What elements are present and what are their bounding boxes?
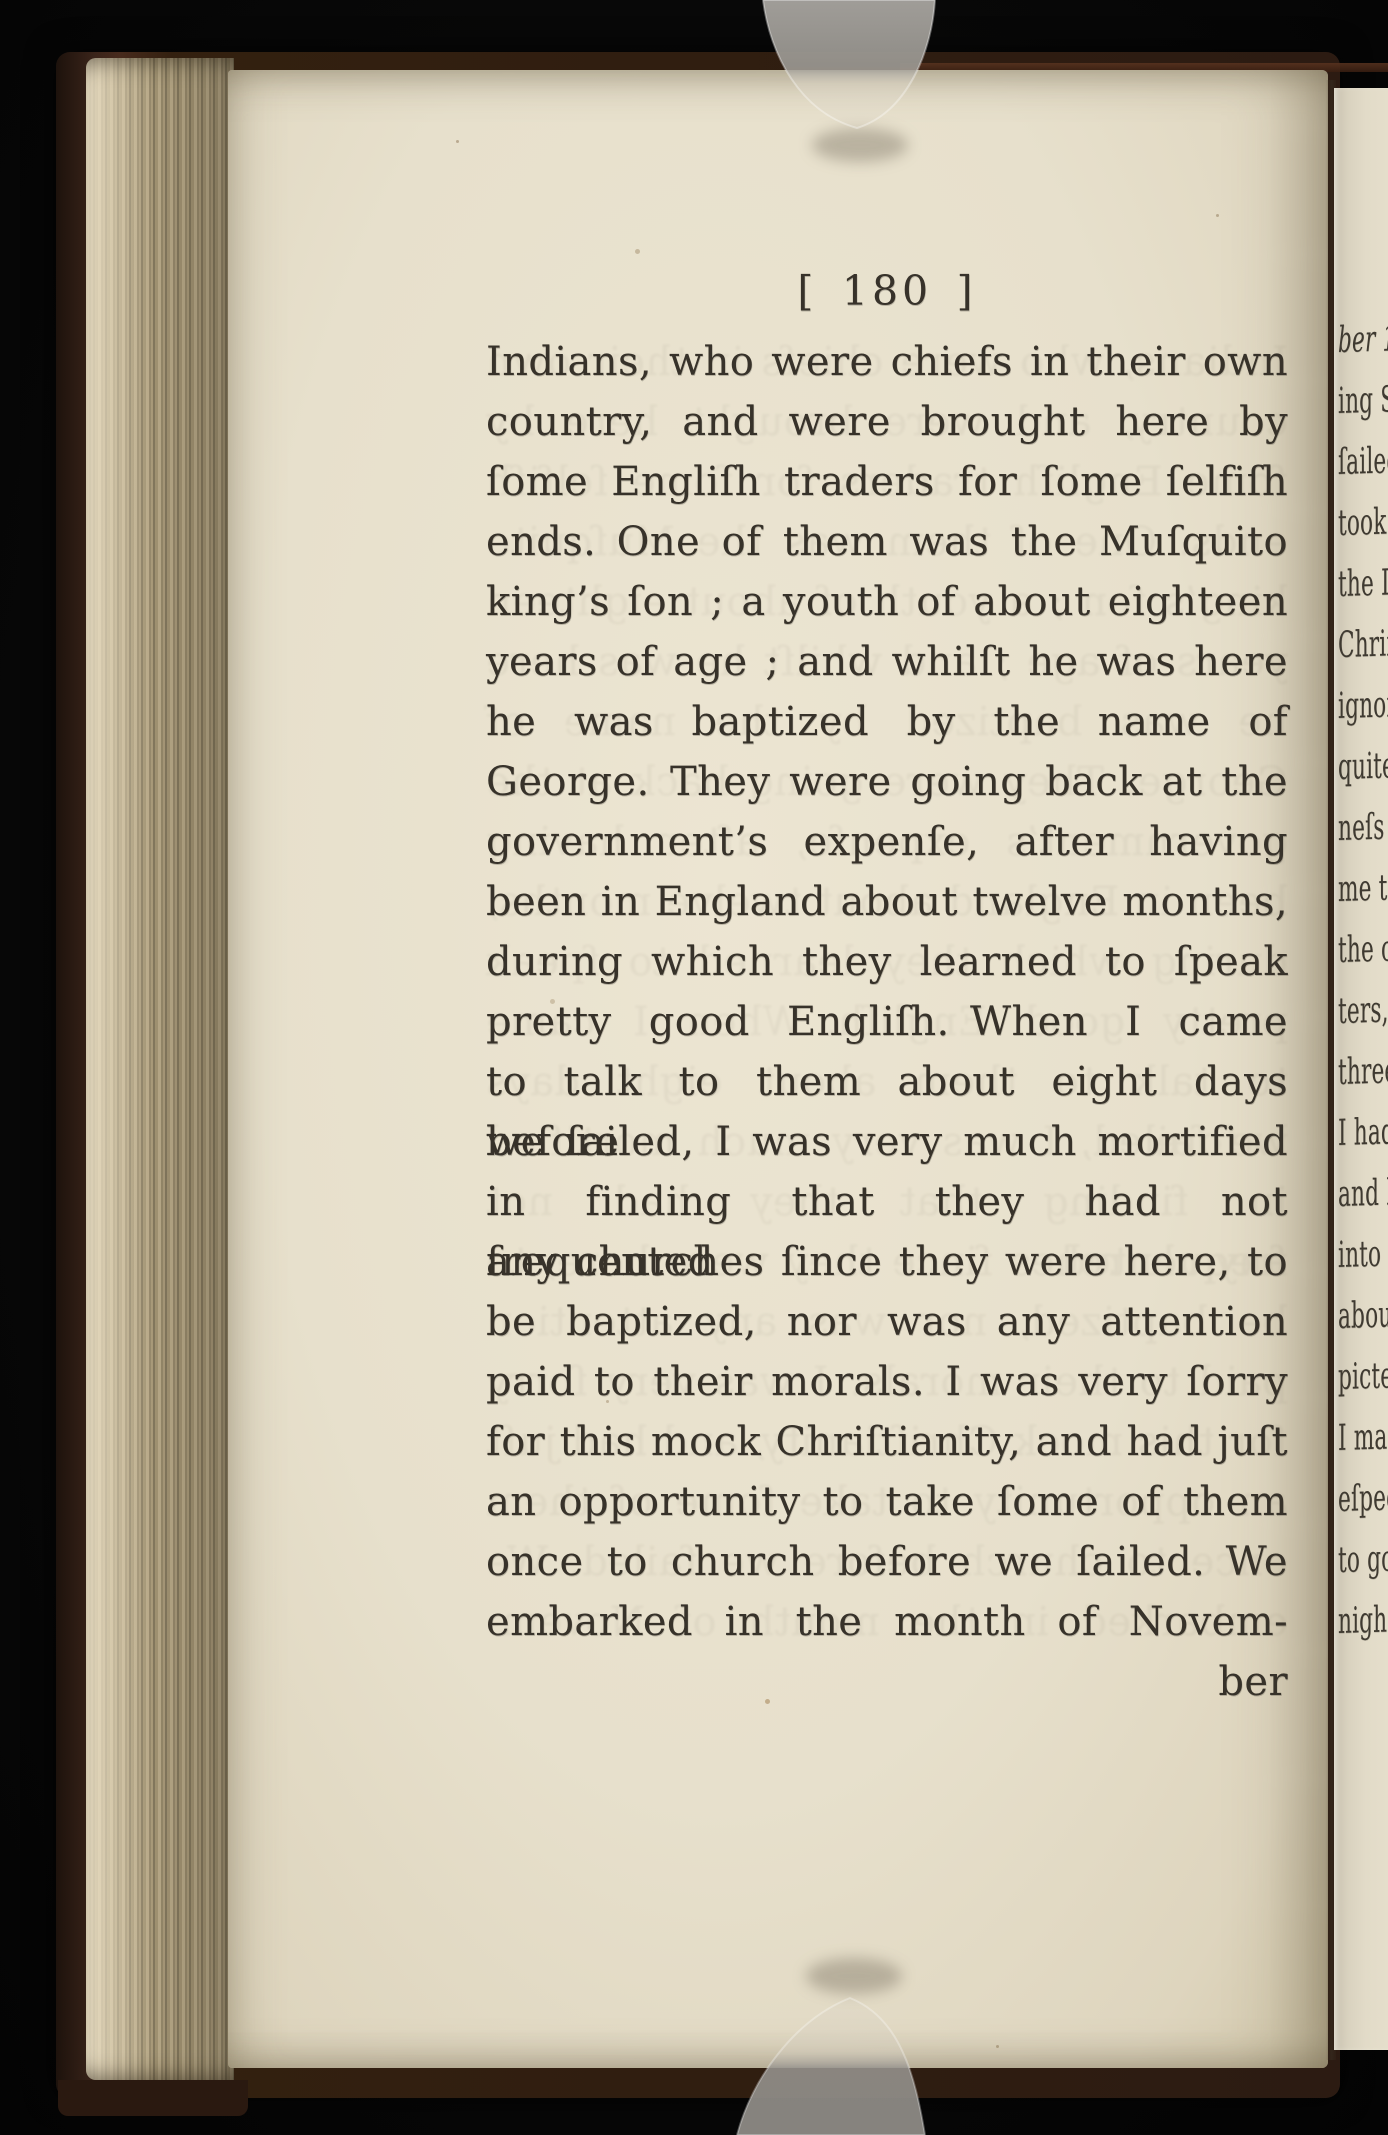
catchword: ber (486, 1652, 1288, 1712)
text-line-fragment: I had (1338, 1099, 1388, 1164)
text-line: years of age ; and whilſt he was here (486, 632, 1288, 692)
text-line-fragment: three (1338, 1038, 1388, 1103)
text-line: Indians, who were chiefs in their own (486, 332, 1288, 392)
text-line: George. They were going back at the (486, 752, 1288, 812)
book-cover-bottom-edge (58, 2080, 248, 2116)
text-line-fragment: neſs (1338, 794, 1388, 859)
text-line: to talk to them about eight days before (486, 1052, 1288, 1112)
text-line: country, and were brought here by (486, 392, 1288, 452)
text-line-fragment: eſpec (1338, 1465, 1388, 1530)
text-line-fragment: ing Sta (1338, 367, 1388, 432)
text-line: ends. One of them was the Muſquito (486, 512, 1288, 572)
paper-specks (456, 140, 459, 143)
book-fore-edge-page-stack (86, 58, 234, 2080)
text-line-fragment: the Ind (1338, 550, 1388, 615)
page-holder-clip-bottom (700, 1960, 960, 2135)
page-holder-clip-top (730, 0, 960, 150)
text-line: any churches ſince they were here, to (486, 1232, 1288, 1292)
text-line-fragment: ber 177 (1338, 306, 1388, 371)
page-number: [ 180 ] (486, 262, 1288, 320)
text-line-fragment: and h (1338, 1160, 1388, 1225)
adjacent-page-sliver: ber 177ing Staſailed ftook allthe IndChr… (1334, 88, 1388, 2050)
text-line: embarked in the month of Novem- (486, 1592, 1288, 1652)
adjacent-page-text: ber 177ing Staſailed ftook allthe IndChr… (1338, 310, 1388, 1652)
text-line-fragment: I ma (1338, 1404, 1388, 1469)
text-line-fragment: nigh (1338, 1587, 1388, 1652)
page-text: Indians, who were chiefs in their owncou… (486, 332, 1288, 1712)
text-line-fragment: ſailed f (1338, 428, 1388, 493)
body-lines: Indians, who were chiefs in their owncou… (486, 332, 1288, 1652)
text-line: once to church before we ſailed. We (486, 1532, 1288, 1592)
text-line-fragment: Chriſti (1338, 611, 1388, 676)
text-line-fragment: ters, (1338, 977, 1388, 1042)
text-line: an opportunity to take ſome of them (486, 1472, 1288, 1532)
text-line: in finding that they had not frequented (486, 1172, 1288, 1232)
text-line: government’s expenſe, after having (486, 812, 1288, 872)
text-line: be baptized, nor was any attention (486, 1292, 1288, 1352)
photo-of-open-book: Indians, who were chiefs in their owncou… (0, 0, 1388, 2135)
text-line: king’s ſon ; a youth of about eighteen (486, 572, 1288, 632)
text-line-fragment: me to (1338, 855, 1388, 920)
text-line-fragment: abou (1338, 1282, 1388, 1347)
text-line: pretty good Engliſh. When I came (486, 992, 1288, 1052)
text-line-fragment: picte (1338, 1343, 1388, 1408)
text-line-fragment: ignora (1338, 672, 1388, 737)
text-line: been in England about twelve months, (486, 872, 1288, 932)
text-line-fragment: to go (1338, 1526, 1388, 1591)
text-line: we ſailed, I was very much mortified (486, 1112, 1288, 1172)
book-page: Indians, who were chiefs in their owncou… (228, 70, 1328, 2068)
text-line: for this mock Chriſtianity, and had juſt (486, 1412, 1288, 1472)
text-line: he was baptized by the name of (486, 692, 1288, 752)
text-line-fragment: quite (1338, 733, 1388, 798)
text-line: paid to their morals. I was very ſorry (486, 1352, 1288, 1412)
text-line-fragment: took all (1338, 489, 1388, 554)
text-line: during which they learned to ſpeak (486, 932, 1288, 992)
text-line: ſome Engliſh traders for ſome ſelfiſh (486, 452, 1288, 512)
text-line-fragment: the co (1338, 916, 1388, 981)
text-line-fragment: into i (1338, 1221, 1388, 1286)
